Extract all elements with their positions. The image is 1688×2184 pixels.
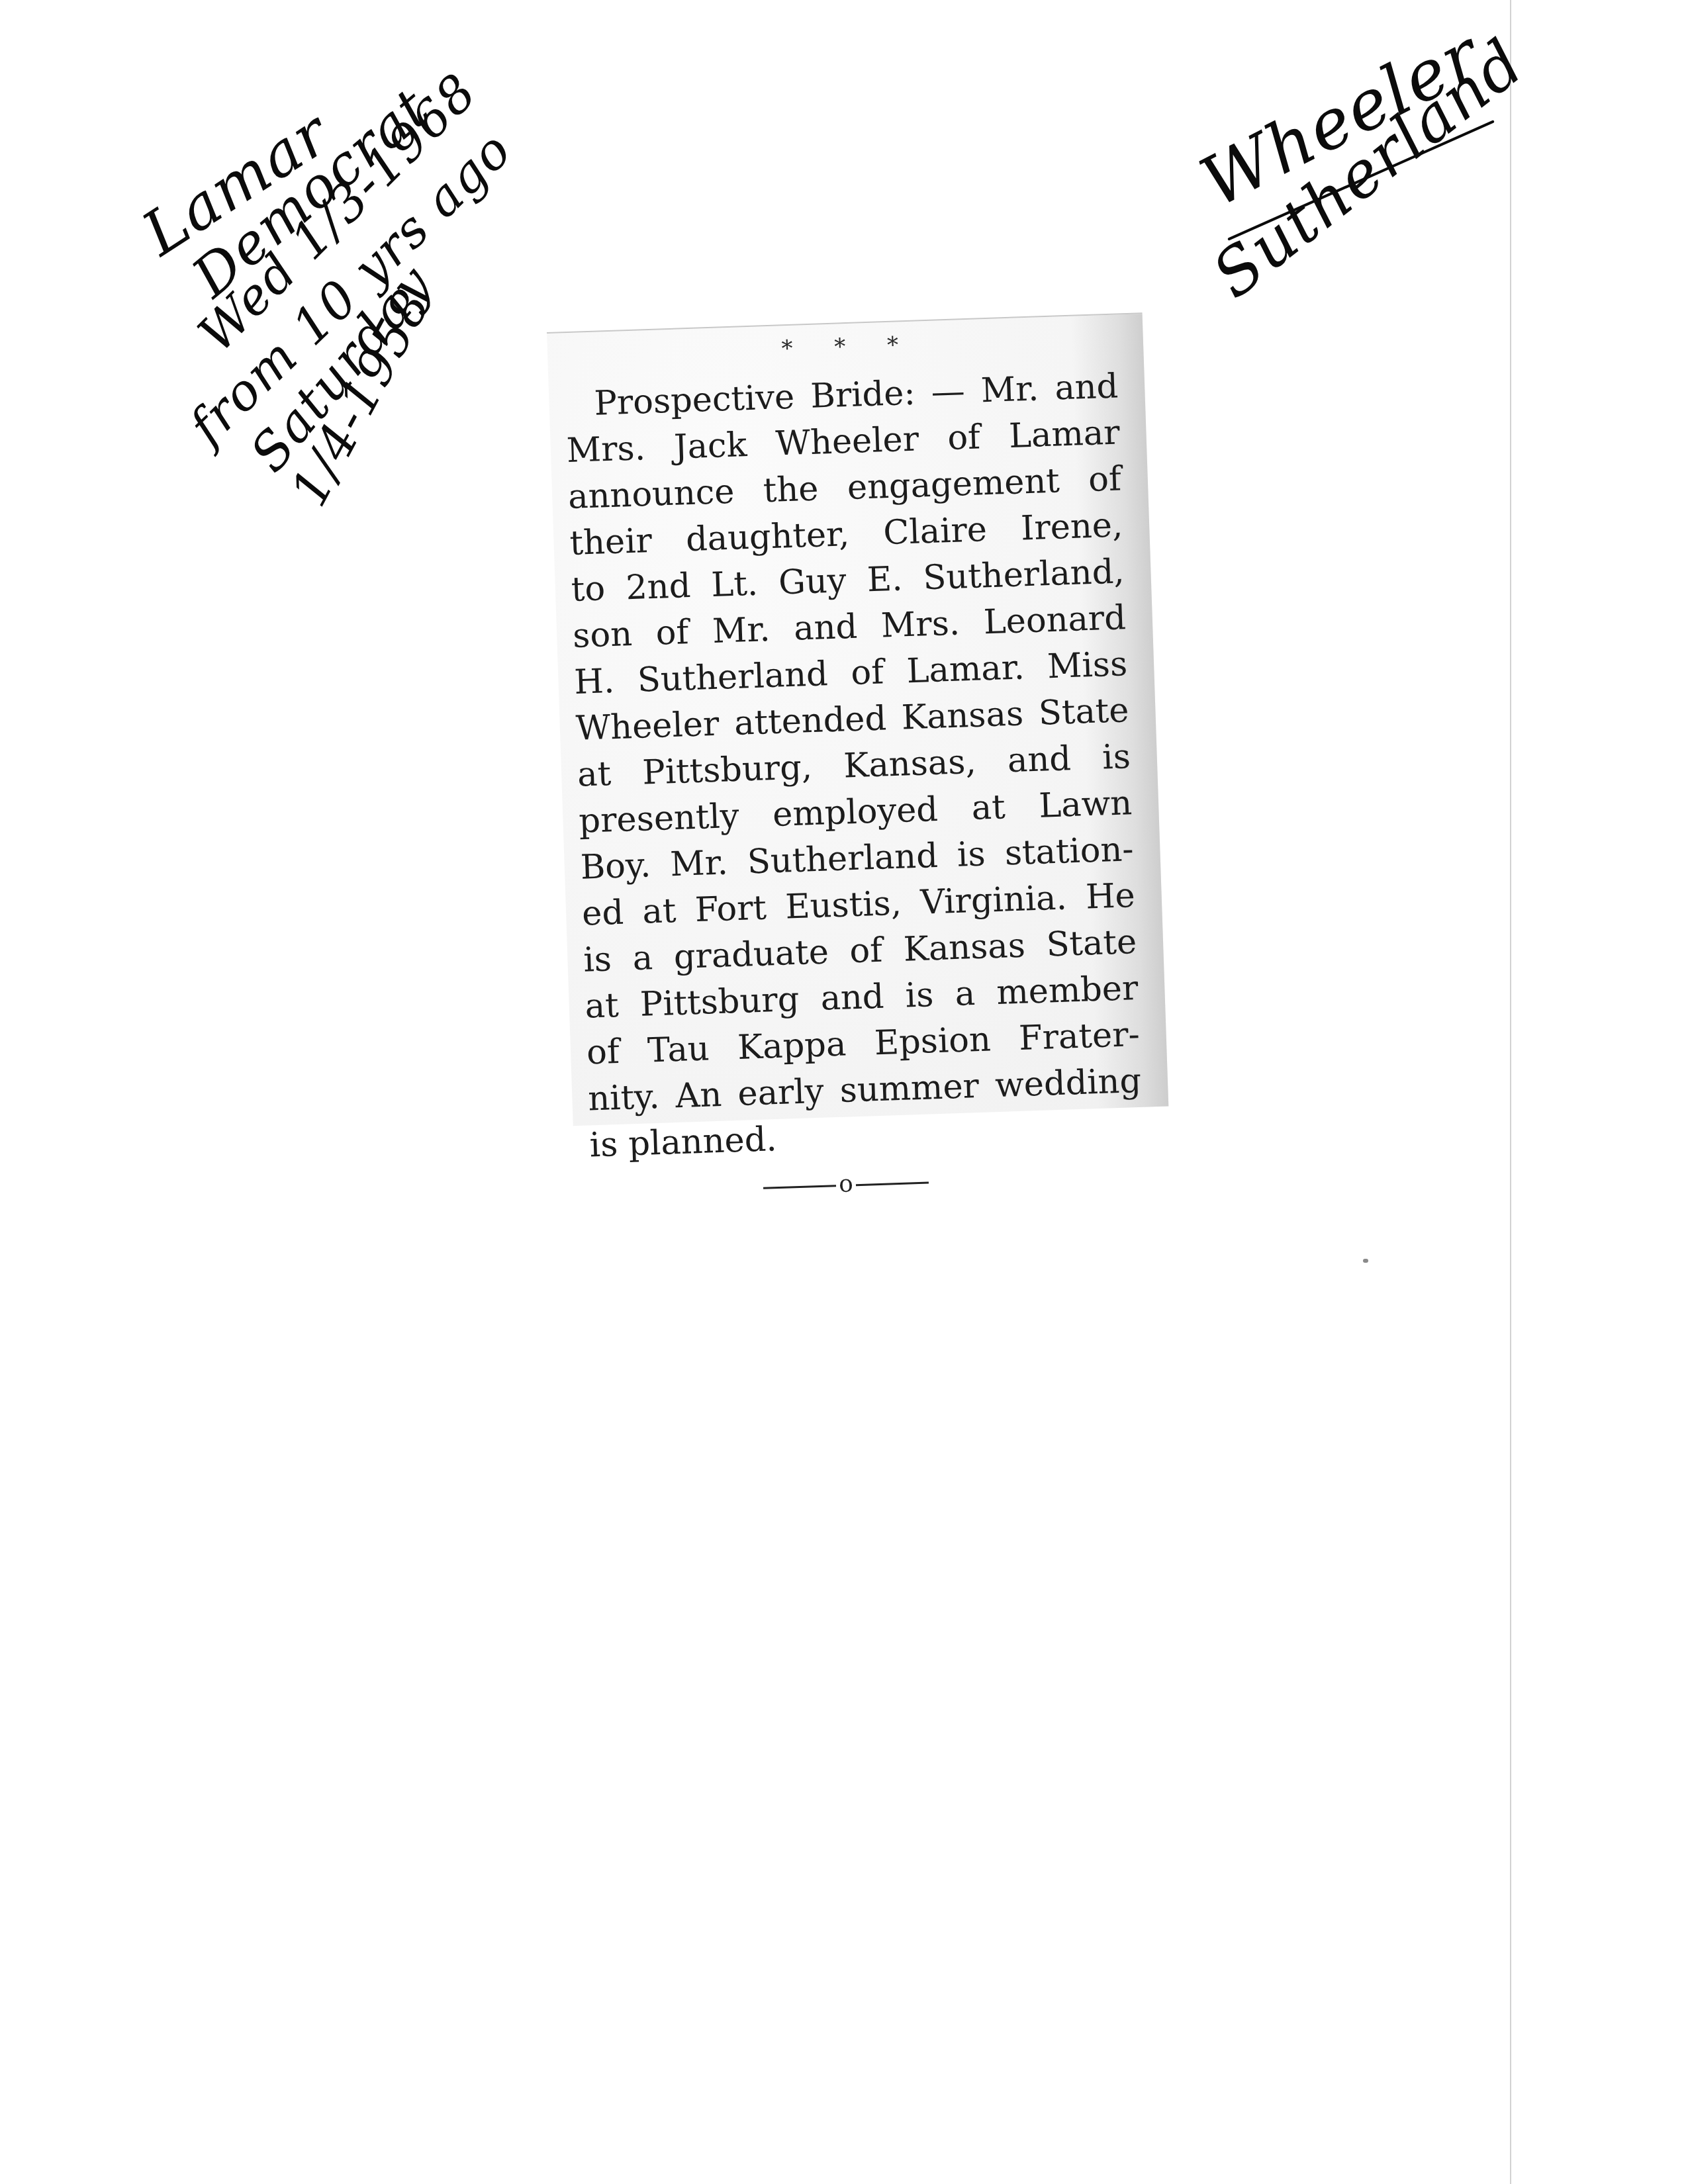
newspaper-clipping: * * * Prospective Bride: — Mr. and Mrs. … — [547, 312, 1168, 1126]
clipping-bottom-separator: o — [763, 1168, 935, 1201]
scanned-page: Lamar Democrat Wed 1/3-1968 from 10 yrs … — [0, 0, 1688, 2184]
scan-speck — [1363, 1259, 1368, 1263]
scan-edge-line — [1510, 0, 1511, 2184]
separator-rule-right — [856, 1182, 929, 1187]
separator-rule-left — [763, 1185, 836, 1189]
clipping-top-separator: * * * — [581, 324, 1117, 369]
separator-ornament: o — [835, 1171, 856, 1198]
engagement-announcement: Prospective Bride: — Mr. and Mrs. Jack W… — [565, 363, 1144, 1169]
